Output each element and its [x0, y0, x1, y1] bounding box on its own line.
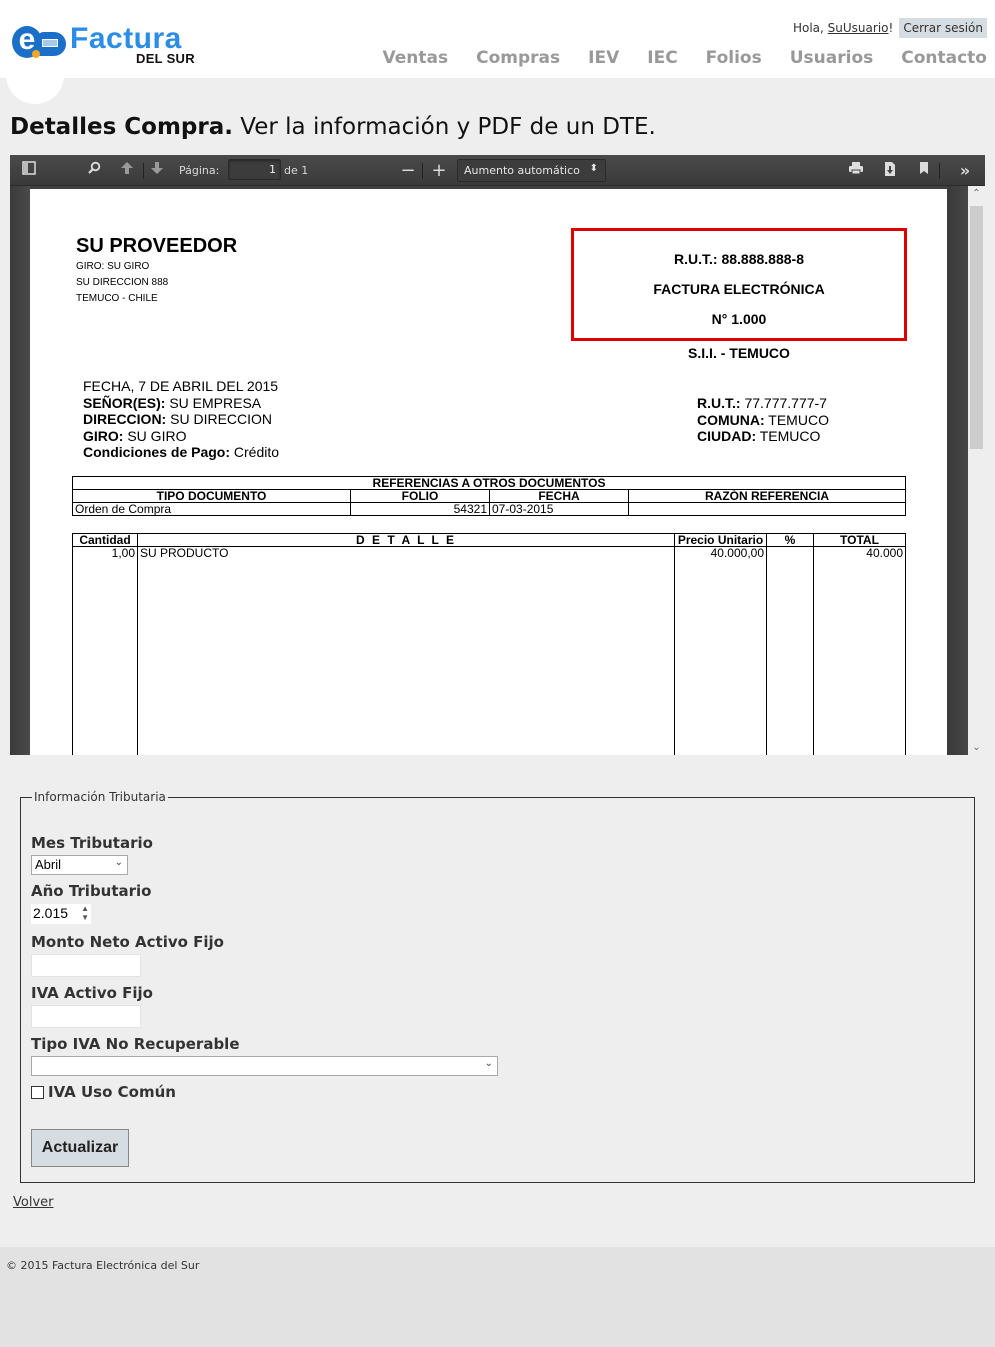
- logo-subtitle: DEL SUR: [136, 51, 195, 66]
- logout-button[interactable]: Cerrar sesión: [899, 18, 987, 38]
- fieldset-legend: Información Tributaria: [32, 790, 168, 804]
- sii-office: S.I.I. - TEMUCO: [571, 345, 907, 361]
- chevron-down-icon: ⌄: [485, 1058, 493, 1069]
- receiver-location: R.U.T.: 77.777.777-7 COMUNA: TEMUCO CIUD…: [697, 395, 829, 445]
- nav-iev[interactable]: IEV: [588, 48, 619, 68]
- receiver-rut: R.U.T.: 77.777.777-7: [697, 395, 829, 412]
- site-footer: © 2015 Factura Electrónica del Sur: [0, 1247, 995, 1347]
- emitter-rut: R.U.T.: 88.888.888-8: [574, 251, 904, 267]
- main-nav: Ventas Compras IEV IEC Folios Usuarios C…: [383, 48, 987, 68]
- iva-input[interactable]: [31, 1005, 141, 1028]
- tipo-iva-select[interactable]: ⌄: [31, 1056, 498, 1076]
- zoom-in-icon[interactable]: +: [429, 161, 449, 181]
- greeting: Hola, SuUsuario!: [793, 21, 893, 35]
- receiver-address: DIRECCION: SU DIRECCION: [83, 411, 279, 428]
- emitter-name: SU PROVEEDOR: [76, 235, 237, 258]
- tax-info-fieldset: Información Tributaria Mes Tributario Ab…: [20, 797, 975, 1183]
- nav-iec[interactable]: IEC: [647, 48, 677, 68]
- scrollbar-thumb[interactable]: [970, 206, 983, 449]
- print-icon[interactable]: [846, 161, 866, 181]
- emitter-city: TEMUCO - CHILE: [76, 293, 158, 304]
- uso-comun-checkbox[interactable]: [31, 1086, 44, 1099]
- next-page-icon[interactable]: [147, 161, 167, 181]
- scroll-down-icon[interactable]: ⌄: [968, 742, 985, 753]
- sidebar-toggle-icon[interactable]: [19, 161, 39, 181]
- invoice-date: FECHA, 7 DE ABRIL DEL 2015: [83, 378, 279, 395]
- site-logo[interactable]: e Factura DEL SUR: [10, 24, 210, 66]
- nav-usuarios[interactable]: Usuarios: [790, 48, 874, 68]
- pdf-scrollbar[interactable]: ⌃ ⌄: [968, 186, 985, 755]
- receiver-info: FECHA, 7 DE ABRIL DEL 2015 SEÑOR(ES): SU…: [83, 378, 279, 461]
- zoom-select[interactable]: Aumento automático⬍: [457, 159, 606, 182]
- tools-icon[interactable]: »: [955, 161, 975, 181]
- search-icon[interactable]: [84, 161, 104, 181]
- document-number: N° 1.000: [574, 311, 904, 327]
- receiver-comuna: COMUNA: TEMUCO: [697, 412, 829, 429]
- table-row: Orden de Compra 54321 07-03-2015: [73, 503, 906, 516]
- detail-table: Cantidad D E T A L L E Precio Unitario %…: [72, 533, 906, 755]
- select-arrows-icon: ⬍: [590, 163, 598, 174]
- nav-compras[interactable]: Compras: [476, 48, 560, 68]
- tipo-iva-label: Tipo IVA No Recuperable: [31, 1035, 240, 1053]
- receiver-giro: GIRO: SU GIRO: [83, 428, 279, 445]
- login-area: Hola, SuUsuario! Cerrar sesión: [793, 18, 987, 38]
- zoom-out-icon[interactable]: −: [398, 161, 418, 181]
- monto-input[interactable]: [31, 954, 141, 977]
- pdf-page: SU PROVEEDOR GIRO: SU GIRO SU DIRECCION …: [30, 189, 947, 755]
- logo-dot-icon: [32, 50, 40, 58]
- back-link[interactable]: Volver: [13, 1195, 54, 1210]
- emitter-giro: GIRO: SU GIRO: [76, 261, 149, 272]
- emitter-address: SU DIRECCION 888: [76, 277, 168, 288]
- chevron-down-icon: ⌄: [115, 857, 123, 868]
- anio-input[interactable]: 2.015 ▲▼: [31, 904, 91, 924]
- iva-label: IVA Activo Fijo: [31, 984, 153, 1002]
- pdf-toolbar: Página: 1 de 1 − + Aumento automático⬍ »: [10, 155, 985, 186]
- mes-label: Mes Tributario: [31, 834, 153, 852]
- document-box: R.U.T.: 88.888.888-8 FACTURA ELECTRÓNICA…: [571, 228, 907, 341]
- previous-page-icon[interactable]: [117, 161, 137, 181]
- page-title: Detalles Compra. Ver la información y PD…: [10, 114, 656, 140]
- page-number-input[interactable]: 1: [228, 159, 281, 180]
- receiver-name: SEÑOR(ES): SU EMPRESA: [83, 395, 279, 412]
- uso-comun-label[interactable]: IVA Uso Común: [48, 1083, 176, 1101]
- document-type: FACTURA ELECTRÓNICA: [574, 281, 904, 297]
- download-icon[interactable]: [880, 161, 900, 181]
- spinner-icon[interactable]: ▲▼: [81, 904, 89, 922]
- anio-label: Año Tributario: [31, 882, 152, 900]
- pdf-viewer: Página: 1 de 1 − + Aumento automático⬍ »…: [10, 155, 985, 755]
- scroll-up-icon[interactable]: ⌃: [968, 188, 985, 199]
- update-button[interactable]: Actualizar: [31, 1129, 129, 1167]
- nav-contacto[interactable]: Contacto: [901, 48, 987, 68]
- bookmark-icon[interactable]: [914, 161, 934, 181]
- receiver-city: CIUDAD: TEMUCO: [697, 428, 829, 445]
- nav-ventas[interactable]: Ventas: [383, 48, 449, 68]
- mes-select[interactable]: Abril⌄: [31, 855, 128, 875]
- payment-terms: Condiciones de Pago: Crédito: [83, 444, 279, 461]
- site-header: e Factura DEL SUR Hola, SuUsuario! Cerra…: [0, 0, 995, 78]
- page-count: de 1: [284, 164, 308, 177]
- monto-label: Monto Neto Activo Fijo: [31, 933, 224, 951]
- nav-folios[interactable]: Folios: [706, 48, 762, 68]
- username-link[interactable]: SuUsuario: [828, 21, 889, 35]
- references-table: REFERENCIAS A OTROS DOCUMENTOS TIPO DOCU…: [72, 476, 906, 516]
- page-label: Página:: [179, 164, 219, 177]
- copyright: © 2015 Factura Electrónica del Sur: [6, 1259, 199, 1272]
- header-decoration: [6, 66, 64, 104]
- table-row: 1,00 SU PRODUCTO 40.000,00 40.000: [73, 547, 906, 756]
